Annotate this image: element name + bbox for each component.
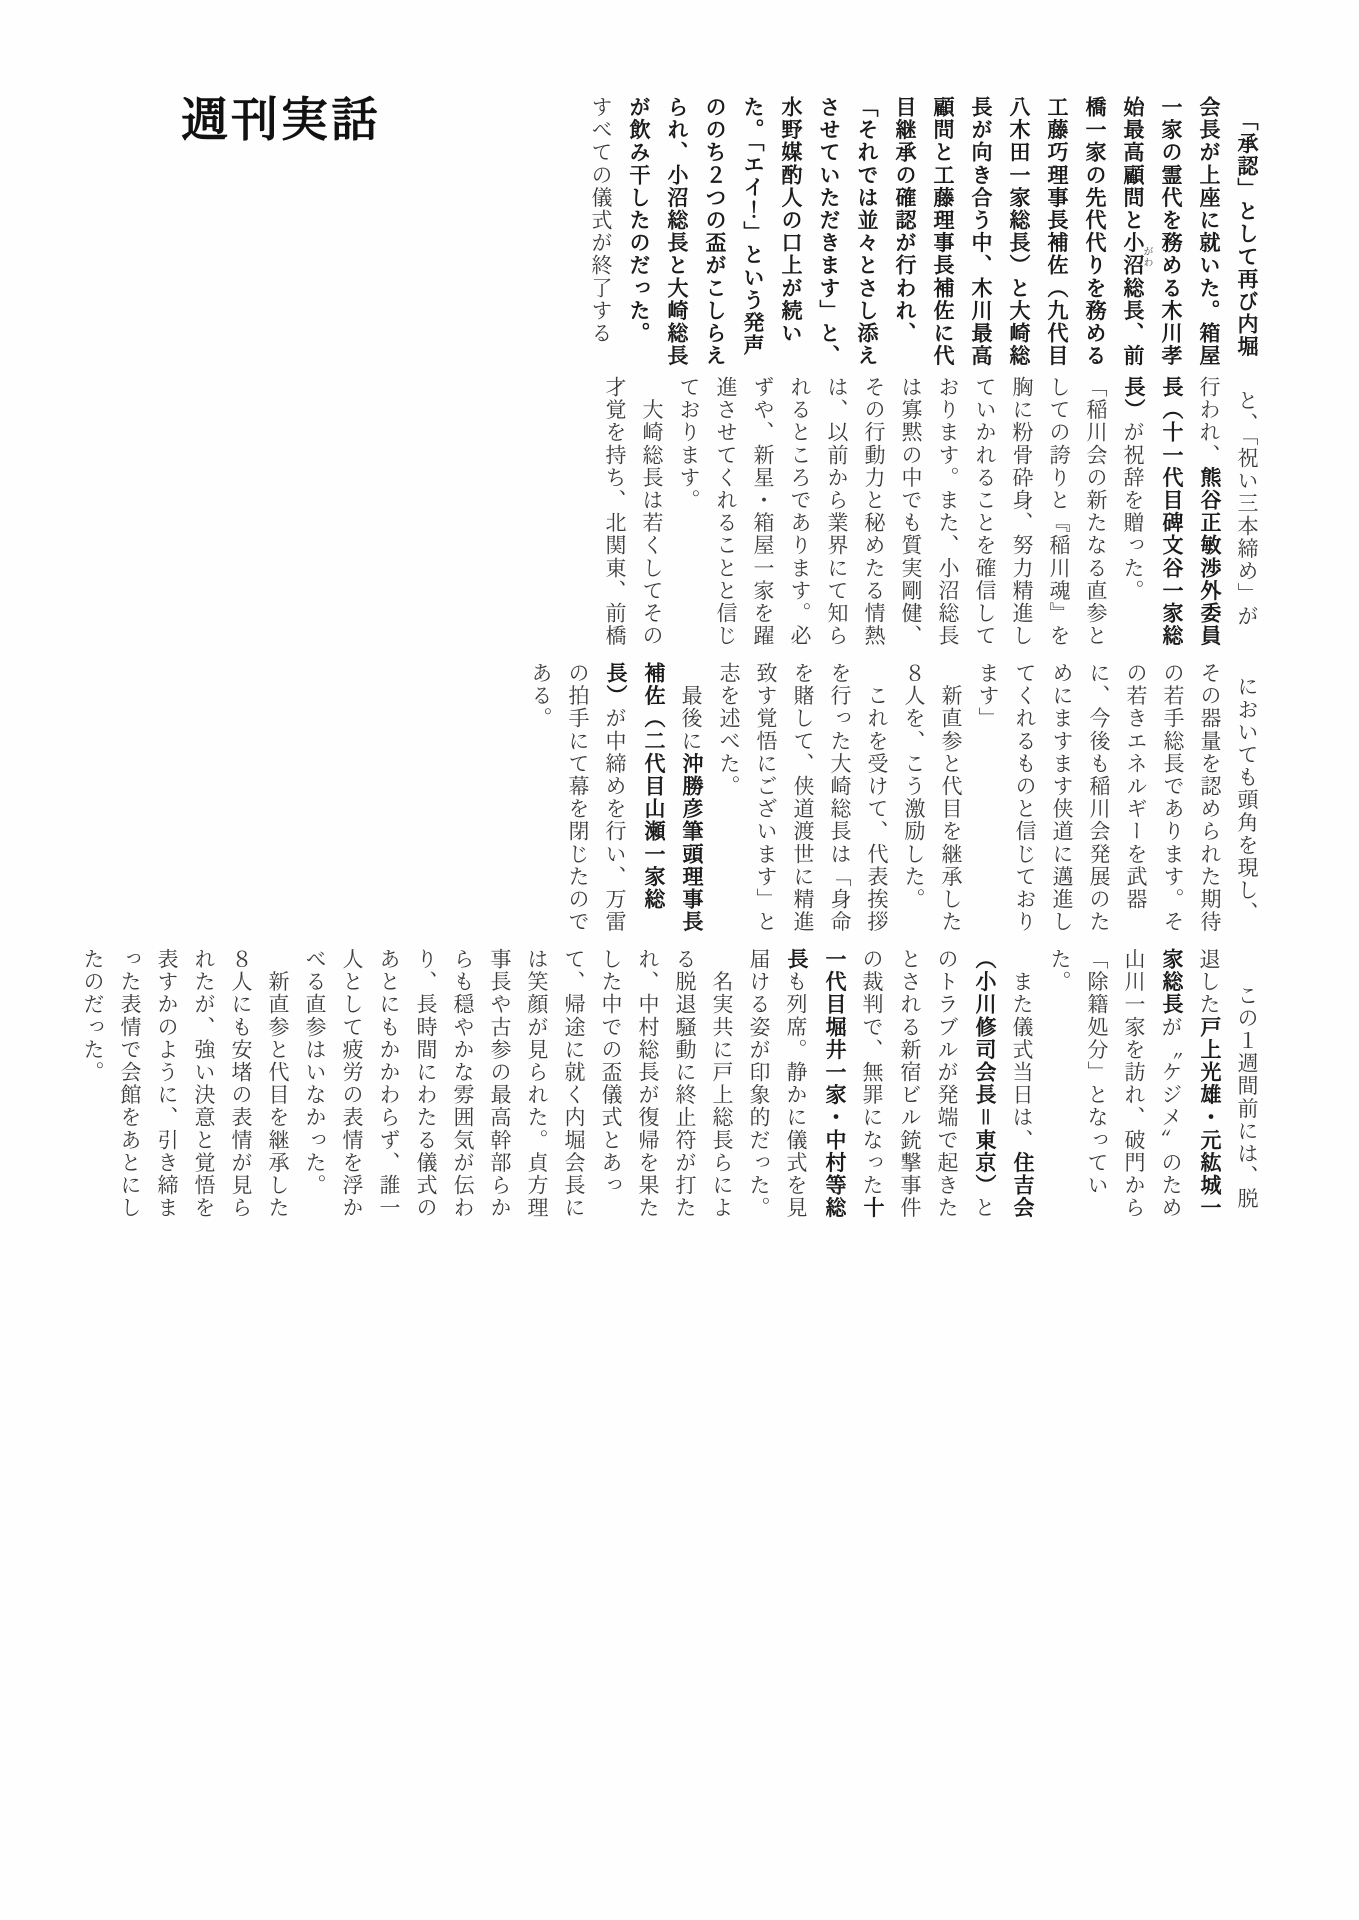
furigana-annotation: がわ <box>1141 246 1151 268</box>
article-band-1: 「承認」として再び内堀会長が上座に就いた。箱屋一家の霊代を務める木川孝始最高顧問… <box>602 96 1302 370</box>
article-band-3: においても頭角を現し、その器量を認められた期待の若手総長であります。その若きエネ… <box>602 662 1302 936</box>
body-text: においても頭角を現し、その器量を認められた期待の若手総長であります。その若きエネ… <box>679 662 1259 933</box>
article-band-2: と、「祝い三本締め」が行われ、熊谷正敏渉外委員長（十一代目碑文谷一家総長）が祝辞… <box>602 376 1302 650</box>
body-text: が祝辞を贈った。 「稲川会の新たなる直参としての誇りと『稲川魂』を胸に粉骨砕身、… <box>603 376 1145 647</box>
body-text: が〝ケジメ〟のため山川一家を訪れ、破門から「除籍処分」となっていた。 また儀式当… <box>1010 948 1183 1219</box>
body-text: も列席。静かに儀式を見届ける姿が印象的だった。 名実共に戸上総長らによる脱退騒動… <box>81 948 808 1219</box>
magazine-title: 週刊実話 <box>181 83 381 150</box>
lead-paragraph-bold: 「承認」として再び内堀会長が上座に就いた。箱屋一家の霊代を務める木川孝始最高顧問… <box>627 96 1258 367</box>
magazine-page: { "masthead": { "title": "週刊実話" }, "arti… <box>0 0 1359 1920</box>
article-band-4: この１週間前には、脱退した戸上光雄・元紘城一家総長が〝ケジメ〟のため山川一家を訪… <box>132 948 1302 1222</box>
